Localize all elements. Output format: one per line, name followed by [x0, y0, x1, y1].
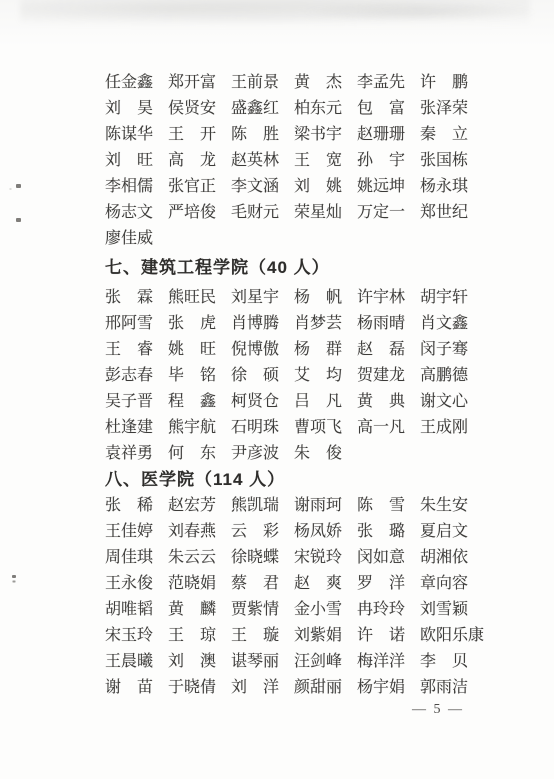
person-name: 赵珊珊: [357, 127, 405, 143]
person-name: 于晓倩: [168, 680, 216, 696]
person-name: 胡宇轩: [420, 290, 468, 306]
person-name: 刘昊: [105, 101, 153, 117]
person-name: 包富: [357, 101, 405, 117]
person-name: 杨志文: [105, 205, 153, 221]
person-name: 杨帆: [294, 290, 342, 306]
person-name: 王佳婷: [105, 524, 153, 540]
person-name: 毛财元: [231, 205, 279, 221]
person-name: 王开: [168, 127, 216, 143]
name-row: 陈谋华王开陈胜梁书宇赵珊珊秦立: [105, 122, 495, 148]
person-name: 尹彦波: [231, 446, 279, 462]
person-name: 刘澳: [168, 654, 216, 670]
person-name: 王前景: [231, 75, 279, 91]
person-name: 彭志春: [105, 368, 153, 384]
person-name: 谢苗: [105, 680, 153, 696]
person-name: 张泽荣: [420, 101, 468, 117]
person-name: 许宇林: [357, 290, 405, 306]
person-name: 胡湘依: [420, 550, 468, 566]
person-name: 秦立: [420, 127, 468, 143]
person-name: 贾紫情: [231, 602, 279, 618]
person-name: 李贝: [420, 654, 468, 670]
person-name: 柏东元: [294, 101, 342, 117]
person-name: 陈雪: [357, 498, 405, 514]
person-name: 王永俊: [105, 576, 153, 592]
person-name: 李孟先: [357, 75, 405, 91]
person-name: 刘紫娟: [294, 628, 342, 644]
scan-artifact: [12, 575, 16, 578]
person-name: 罗洋: [357, 576, 405, 592]
name-row: 廖佳威: [105, 226, 495, 252]
person-name: 刘姚: [294, 179, 342, 195]
person-name: 毕铭: [168, 368, 216, 384]
person-name: 梅洋洋: [357, 654, 405, 670]
person-name: 陈谋华: [105, 127, 153, 143]
person-name: 朱俊: [294, 446, 342, 462]
person-name: 胡唯韬: [105, 602, 153, 618]
person-name: 贺建龙: [357, 368, 405, 384]
person-name: 范晓娟: [168, 576, 216, 592]
person-name: 朱生安: [420, 498, 468, 514]
name-row: 刘旺高龙赵英林王宽孙宇张国栋: [105, 148, 495, 174]
person-name: 熊宇航: [168, 420, 216, 436]
person-name: 云彩: [231, 524, 279, 540]
name-row: 任金鑫郑开富王前景黄杰李孟先许鹏: [105, 70, 495, 96]
name-row: 王永俊范晓娟蔡君赵爽罗洋章向容: [105, 571, 495, 597]
person-name: 吴子晋: [105, 394, 153, 410]
person-name: 金小雪: [294, 602, 342, 618]
person-name: 蔡君: [231, 576, 279, 592]
name-row: 袁祥勇何东尹彦波朱俊: [105, 441, 495, 467]
name-row: 李相儒张官正李文涵刘姚姚远坤杨永琪: [105, 174, 495, 200]
person-name: 陈胜: [231, 127, 279, 143]
person-name: 孙宇: [357, 153, 405, 169]
name-row: 王佳婷刘春燕云彩杨凤娇张璐夏启文: [105, 519, 495, 545]
name-grid-construction-engineering: 张霖熊旺民刘星宇杨帆许宇林胡宇轩邢阿雪张虎肖博腾肖梦芸杨雨晴肖文鑫王睿姚旺倪博傲…: [105, 285, 495, 467]
person-name: 盛鑫红: [231, 101, 279, 117]
person-name: 石明珠: [231, 420, 279, 436]
person-name: 赵英林: [231, 153, 279, 169]
person-name: 高一凡: [357, 420, 405, 436]
person-name: 郑世纪: [420, 205, 468, 221]
person-name: 张霖: [105, 290, 153, 306]
scan-artifact: [16, 184, 21, 188]
person-name: 梁书宇: [294, 127, 342, 143]
person-name: 杨雨晴: [357, 316, 405, 332]
person-name: 艾均: [294, 368, 342, 384]
person-name: 谢雨珂: [294, 498, 342, 514]
person-name: 荣星灿: [294, 205, 342, 221]
page-number: — 5 —: [412, 702, 464, 718]
person-name: 李文涵: [231, 179, 279, 195]
name-row: 杨志文严培俊毛财元荣星灿万定一郑世纪: [105, 200, 495, 226]
person-name: 杨群: [294, 342, 342, 358]
name-row: 张霖熊旺民刘星宇杨帆许宇林胡宇轩: [105, 285, 495, 311]
person-name: 黄杰: [294, 75, 342, 91]
name-row: 宋玉玲王琼王璇刘紫娟许诺欧阳乐康: [105, 623, 495, 649]
name-grid-continuation: 任金鑫郑开富王前景黄杰李孟先许鹏刘昊侯贤安盛鑫红柏东元包富张泽荣陈谋华王开陈胜梁…: [105, 70, 495, 252]
person-name: 曹项飞: [294, 420, 342, 436]
person-name: 万定一: [357, 205, 405, 221]
name-row: 王晨曦刘澳谌琴丽汪剑峰梅洋洋李贝: [105, 649, 495, 675]
person-name: 徐晓蝶: [231, 550, 279, 566]
person-name: 黄麟: [168, 602, 216, 618]
person-name: 赵磊: [357, 342, 405, 358]
scan-artifact: [16, 218, 21, 222]
person-name: 王璇: [231, 628, 279, 644]
person-name: 周佳琪: [105, 550, 153, 566]
scan-smudge: [300, 2, 540, 22]
name-grid-medical-school: 张稀赵宏芳熊凯瑞谢雨珂陈雪朱生安王佳婷刘春燕云彩杨凤娇张璐夏启文周佳琪朱云云徐晓…: [105, 493, 495, 701]
person-name: 张虎: [168, 316, 216, 332]
person-name: 肖文鑫: [420, 316, 468, 332]
person-name: 袁祥勇: [105, 446, 153, 462]
person-name: 刘春燕: [168, 524, 216, 540]
name-row: 杜逢建熊宇航石明珠曹项飞高一凡王成刚: [105, 415, 495, 441]
person-name: 侯贤安: [168, 101, 216, 117]
person-name: 邢阿雪: [105, 316, 153, 332]
person-name: 肖博腾: [231, 316, 279, 332]
person-name: 刘洋: [231, 680, 279, 696]
person-name: 王成刚: [420, 420, 468, 436]
person-name: 郑开富: [168, 75, 216, 91]
person-name: 张璐: [357, 524, 405, 540]
section-title-construction-engineering: 七、建筑工程学院（40 人）: [105, 255, 495, 281]
person-name: 吕凡: [294, 394, 342, 410]
person-name: 谌琴丽: [231, 654, 279, 670]
person-name: 杨凤娇: [294, 524, 342, 540]
person-name: 宋玉玲: [105, 628, 153, 644]
name-row: 周佳琪朱云云徐晓蝶宋锐玲闵如意胡湘依: [105, 545, 495, 571]
person-name: 冉玲玲: [357, 602, 405, 618]
person-name: 肖梦芸: [294, 316, 342, 332]
person-name: 王琼: [168, 628, 216, 644]
person-name: 王晨曦: [105, 654, 153, 670]
name-row: 张稀赵宏芳熊凯瑞谢雨珂陈雪朱生安: [105, 493, 495, 519]
person-name: 何东: [168, 446, 216, 462]
person-name: 姚旺: [168, 342, 216, 358]
person-name: 许诺: [357, 628, 405, 644]
name-row: 胡唯韬黄麟贾紫情金小雪冉玲玲刘雪颖: [105, 597, 495, 623]
person-name: 闵如意: [357, 550, 405, 566]
person-name: 李相儒: [105, 179, 153, 195]
person-name: 任金鑫: [105, 75, 153, 91]
person-name: 汪剑峰: [294, 654, 342, 670]
person-name: 王睿: [105, 342, 153, 358]
person-name: 杨永琪: [420, 179, 468, 195]
name-list-content: 任金鑫郑开富王前景黄杰李孟先许鹏刘昊侯贤安盛鑫红柏东元包富张泽荣陈谋华王开陈胜梁…: [105, 70, 495, 701]
person-name: 郭雨洁: [420, 680, 468, 696]
person-name: 许鹏: [420, 75, 468, 91]
person-name: 赵宏芳: [168, 498, 216, 514]
section-title-medical-school: 八、医学院（114 人）: [105, 467, 495, 493]
person-name: 朱云云: [168, 550, 216, 566]
person-name: 熊凯瑞: [231, 498, 279, 514]
person-name: 杜逢建: [105, 420, 153, 436]
person-name: 赵爽: [294, 576, 342, 592]
name-row: 吴子晋程鑫柯贤仓吕凡黄典谢文心: [105, 389, 495, 415]
person-name: 刘星宇: [231, 290, 279, 306]
person-name: 高鹏德: [420, 368, 468, 384]
name-row: 彭志春毕铭徐硕艾均贺建龙高鹏德: [105, 363, 495, 389]
person-name: 谢文心: [420, 394, 468, 410]
person-name: 柯贤仓: [231, 394, 279, 410]
name-row: 邢阿雪张虎肖博腾肖梦芸杨雨晴肖文鑫: [105, 311, 495, 337]
person-name: 严培俊: [168, 205, 216, 221]
person-name: 杨宇娟: [357, 680, 405, 696]
person-name: 颜甜丽: [294, 680, 342, 696]
person-name: 欧阳乐康: [420, 628, 482, 644]
name-row: 王睿姚旺倪博傲杨群赵磊闵子骞: [105, 337, 495, 363]
person-name: 熊旺民: [168, 290, 216, 306]
person-name: 黄典: [357, 394, 405, 410]
person-name: 廖佳威: [105, 231, 153, 247]
person-name: 刘雪颖: [420, 602, 468, 618]
name-row: 谢苗于晓倩刘洋颜甜丽杨宇娟郭雨洁: [105, 675, 495, 701]
person-name: 宋锐玲: [294, 550, 342, 566]
person-name: 姚远坤: [357, 179, 405, 195]
person-name: 张官正: [168, 179, 216, 195]
person-name: 高龙: [168, 153, 216, 169]
person-name: 刘旺: [105, 153, 153, 169]
person-name: 张稀: [105, 498, 153, 514]
name-row: 刘昊侯贤安盛鑫红柏东元包富张泽荣: [105, 96, 495, 122]
scanned-page: 任金鑫郑开富王前景黄杰李孟先许鹏刘昊侯贤安盛鑫红柏东元包富张泽荣陈谋华王开陈胜梁…: [0, 0, 554, 779]
person-name: 张国栋: [420, 153, 468, 169]
person-name: 王宽: [294, 153, 342, 169]
person-name: 程鑫: [168, 394, 216, 410]
person-name: 章向容: [420, 576, 468, 592]
person-name: 倪博傲: [231, 342, 279, 358]
person-name: 闵子骞: [420, 342, 468, 358]
person-name: 徐硕: [231, 368, 279, 384]
person-name: 夏启文: [420, 524, 468, 540]
